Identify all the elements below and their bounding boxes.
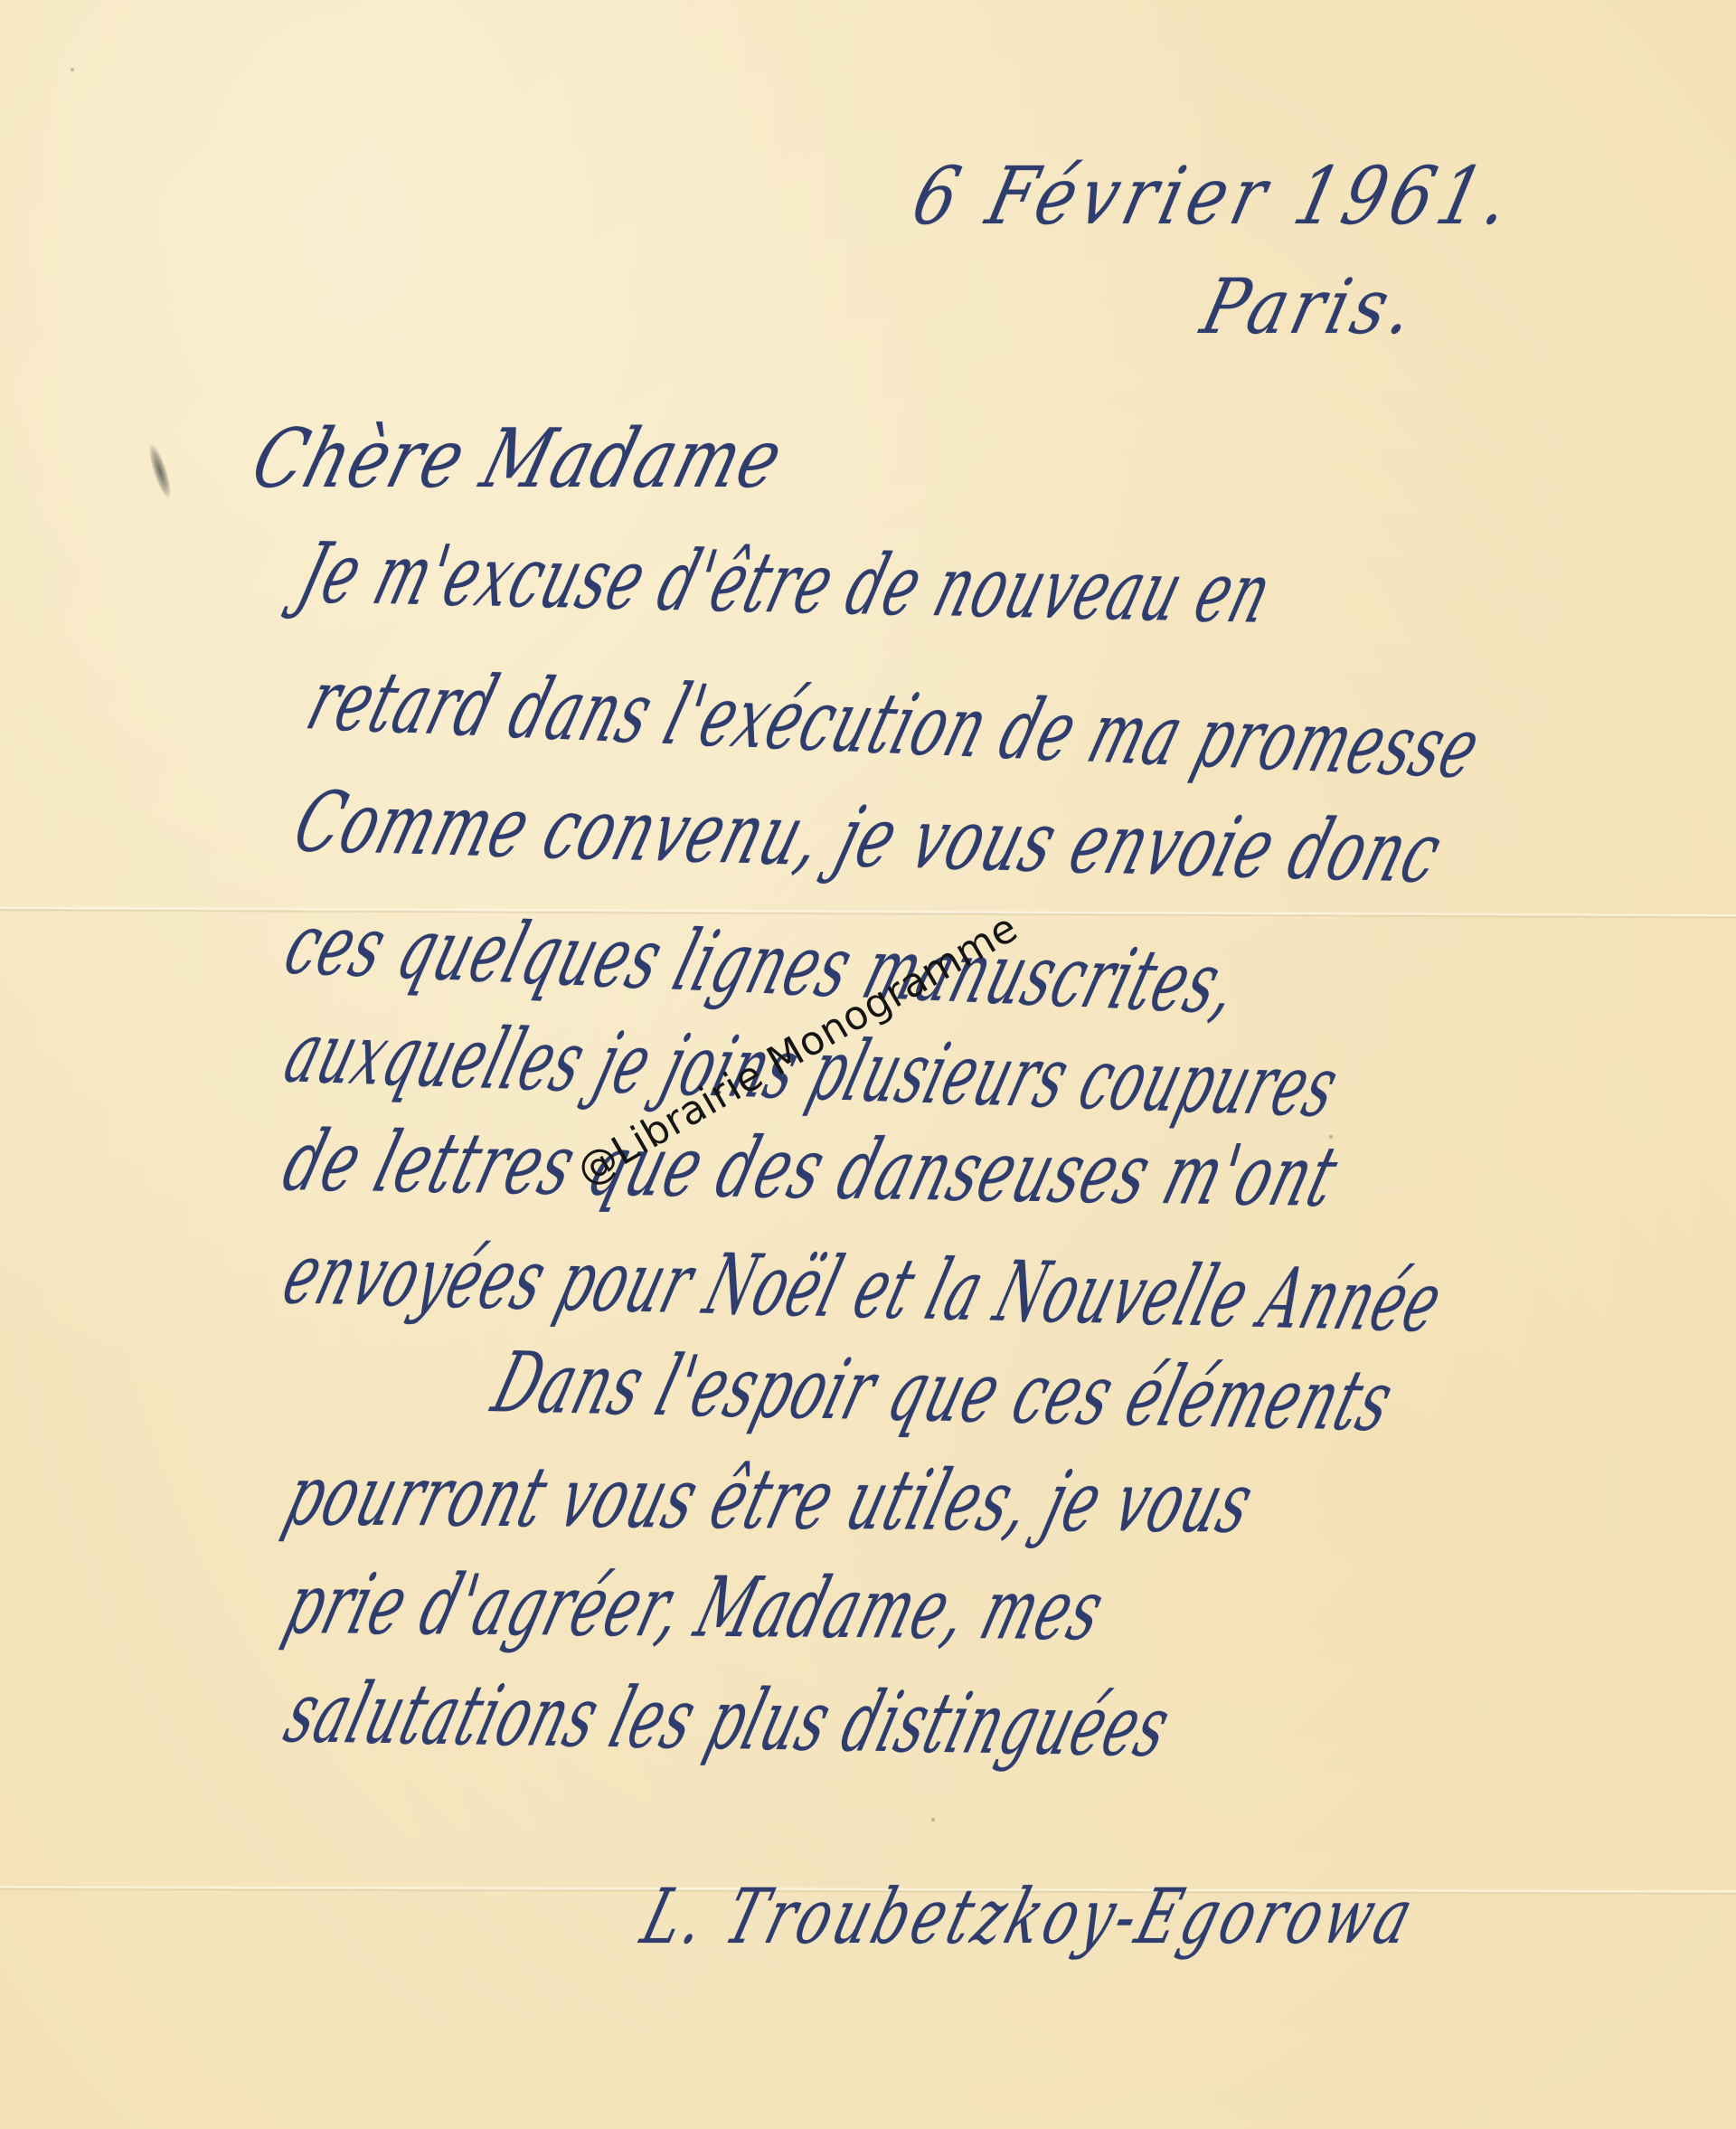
letter-body-line: Comme convenu, je vous envoie donc <box>284 773 1453 902</box>
letter-body-line: envoyées pour Noël et la Nouvelle Année <box>273 1225 1453 1350</box>
paper-speck <box>71 68 74 71</box>
ink-smudge <box>146 442 175 499</box>
letter-date: 6 Février 1961. <box>904 149 1525 242</box>
letter-signature: L. Troubetzkoy-Egorowa <box>633 1872 1426 1961</box>
paper-speck <box>931 1818 935 1821</box>
letter-body-line: Dans l'espoir que ces éléments <box>483 1334 1404 1450</box>
letter-body-line: pourront vous être utiles, je vous <box>275 1447 1264 1551</box>
letter-salutation: Chère Madame <box>242 412 794 506</box>
letter-body-line: salutations les plus distinguées <box>275 1664 1181 1775</box>
paper-fold-line <box>0 906 1736 919</box>
letter-body-line: de lettres que des danseuses m'ont <box>273 1112 1349 1225</box>
letter-body-line: Je m'excuse d'être de nouveau en <box>288 525 1283 642</box>
letter-place: Paris. <box>1193 262 1428 351</box>
letter-paper: 6 Février 1961. Paris. Chère Madame Je m… <box>0 0 1736 2129</box>
letter-body-line: prie d'agréer, Madame, mes <box>275 1556 1115 1659</box>
letter-body-line: retard dans l'exécution de ma promesse <box>297 651 1492 797</box>
